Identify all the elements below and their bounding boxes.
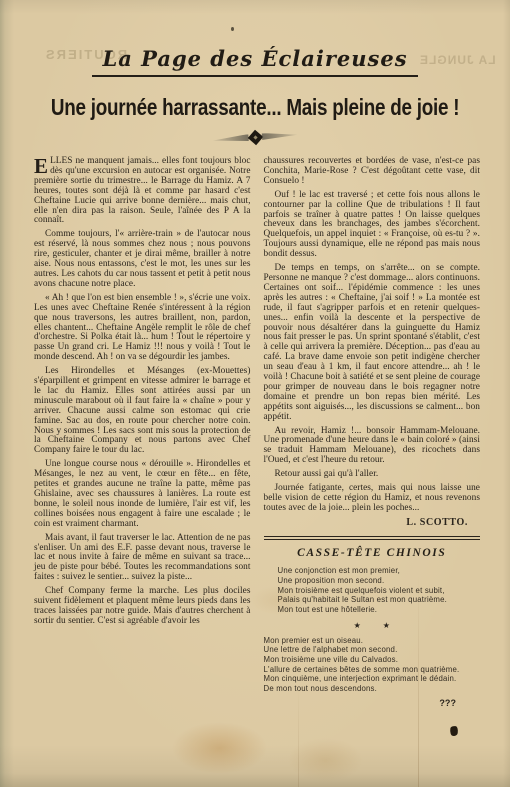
paragraph: De temps en temps, on s'arrête... on se … [264, 264, 481, 423]
article-body: ELLES ne manquent jamais... elles font t… [0, 144, 510, 714]
masthead: La Page des Éclaireuses Une journée harr… [0, 0, 510, 144]
paragraph: Au revoir, Hamiz !... bonsoir Hammam-Mel… [264, 427, 481, 467]
answer-mark: ??? [264, 699, 481, 709]
paragraph: « Ah ! que l'on est bien ensemble ! », s… [34, 294, 251, 363]
dropcap: E [34, 157, 50, 175]
riddle-line: Mon tout est une hôtellerie. [278, 605, 481, 615]
author-signature: L. SCOTTO. [264, 518, 481, 528]
paper-crease [298, 685, 299, 787]
ink-blot [449, 725, 458, 736]
riddle-line: De mon tout nous descendons. [264, 684, 481, 694]
paragraph: Une longue course nous « dérouille ». Hi… [34, 460, 251, 529]
left-paragraph-list: Comme toujours, l'« arrière-train » de l… [34, 230, 251, 626]
paper-stain [250, 585, 310, 615]
ornament-right-wing [261, 131, 297, 140]
paper-stain [288, 738, 363, 782]
paragraph: ELLES ne manquent jamais... elles font t… [34, 157, 251, 226]
left-column: ELLES ne manquent jamais... elles font t… [34, 157, 251, 714]
page-header-script: La Page des Éclaireuses [92, 46, 417, 77]
riddle-line: Mon cinquième, une interjection expriman… [264, 674, 481, 684]
star-separator: ★ ★ [264, 621, 481, 631]
paragraph: Journée fatigante, certes, mais qui nous… [264, 484, 481, 514]
paragraph: chaussures recouvertes et bordées de vas… [264, 157, 481, 187]
riddle-line: Mon troisième une ville du Calvados. [264, 655, 481, 665]
paragraph: Mais avant, il faut traverser le lac. At… [34, 534, 251, 584]
riddle-line: Une lettre de l'alphabet mon second. [264, 645, 481, 655]
paragraph: Ouf ! le lac est traversé ; et cette foi… [264, 191, 481, 260]
right-paragraph-list: chaussures recouvertes et bordées de vas… [264, 157, 481, 514]
section-divider [264, 536, 481, 541]
paper-crease [418, 575, 419, 787]
paragraph-text: LLES ne manquent jamais... elles font to… [34, 156, 251, 225]
puzzle-title: CASSE-TÊTE CHINOIS [264, 549, 481, 559]
paragraph: Retour aussi gai qu'à l'aller. [264, 470, 481, 480]
riddle-line: Une conjonction est mon premier, [278, 566, 481, 576]
paper-stain [172, 722, 267, 774]
riddle-line: L'allure de certaines bêtes de somme mon… [264, 665, 481, 675]
riddle-line: Une proposition mon second. [278, 576, 481, 586]
riddle-2: Mon premier est un oiseau.Une lettre de … [264, 636, 481, 694]
ornament-diamond [247, 129, 263, 145]
article-title: Une journée harrassante... Mais pleine d… [0, 86, 510, 123]
right-column: chaussures recouvertes et bordées de vas… [264, 157, 481, 714]
paragraph: Les Hirondelles et Mésanges (ex-Mouettes… [34, 367, 251, 456]
paragraph: Chef Company ferme la marche. Les plus d… [34, 587, 251, 627]
puzzle-section: CASSE-TÊTE CHINOIS Une conjonction est m… [264, 549, 481, 708]
ornament-left-wing [212, 134, 248, 143]
scanned-magazine-page: ROUTIERS LA JUNGLE La Page des Éclaireus… [0, 0, 510, 787]
riddle-line: Mon premier est un oiseau. [264, 636, 481, 646]
paragraph: Comme toujours, l'« arrière-train » de l… [34, 230, 251, 289]
